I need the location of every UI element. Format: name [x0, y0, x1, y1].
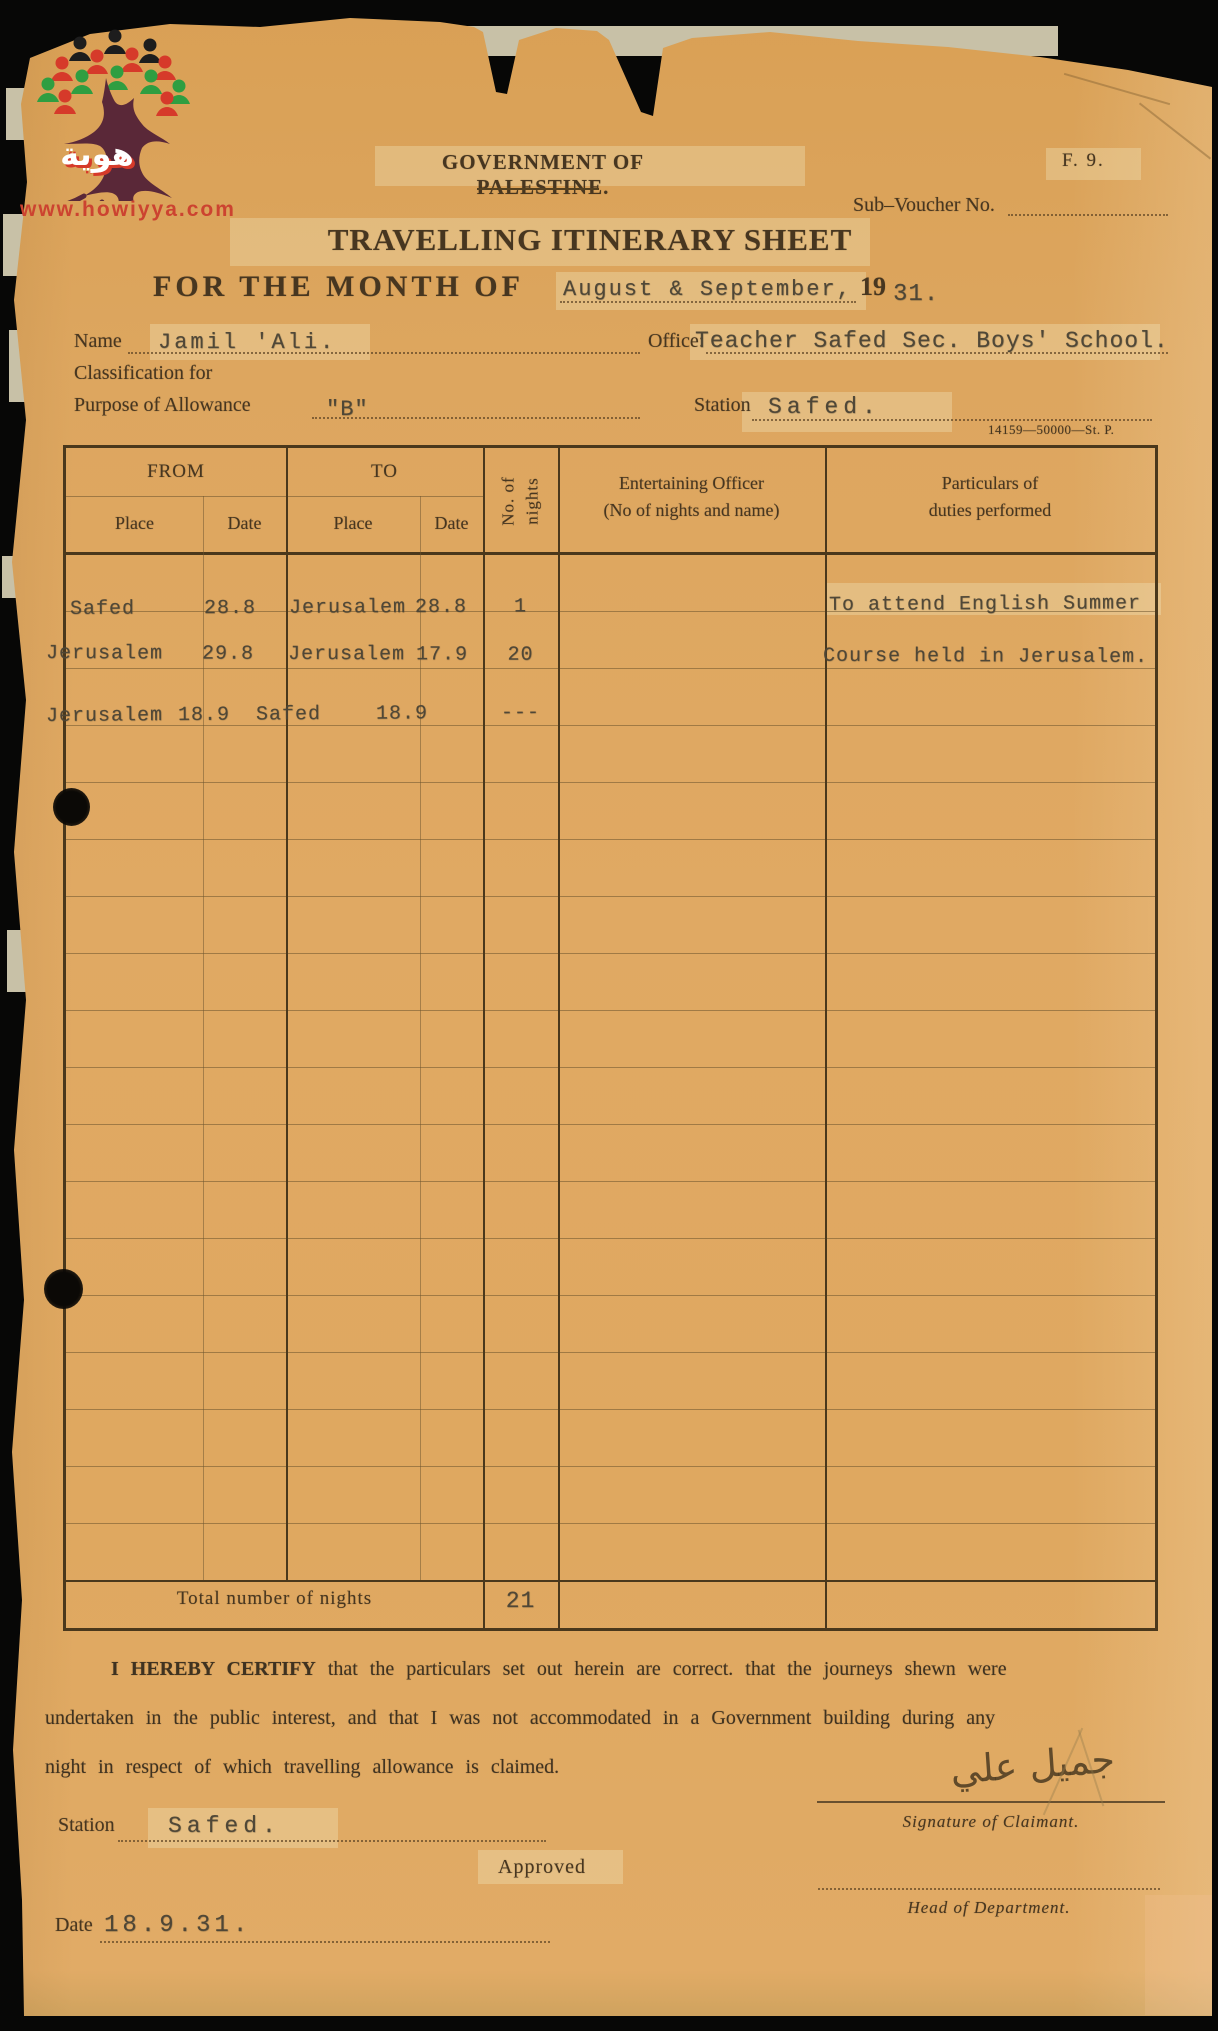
paper-sheet: GOVERNMENT OF PALESTINE. F. 9. Sub–Vouch…: [0, 0, 1218, 2031]
row-rule: [66, 1352, 1155, 1353]
name-label: Name: [74, 330, 122, 353]
cell-to-date: 28.8: [415, 596, 487, 619]
cell-from-date: 29.8: [202, 643, 284, 666]
footer-station-line: [118, 1840, 546, 1842]
howiyya-tree-logo: هوية هوية: [18, 16, 218, 201]
col-header-from-place: Place: [66, 510, 203, 537]
scanned-document: GOVERNMENT OF PALESTINE. F. 9. Sub–Vouch…: [0, 0, 1218, 2031]
classification-typed-value: "B": [326, 397, 369, 422]
form-number: F. 9.: [1062, 150, 1105, 172]
office-typed-value: Teacher Safed Sec. Boys' School.: [695, 328, 1169, 354]
corner-light-patch: [1145, 1895, 1215, 2015]
certification-line2: undertaken in the public interest, and t…: [45, 1694, 1180, 1743]
person-figure: [37, 78, 59, 103]
government-heading: GOVERNMENT OF PALESTINE.: [393, 150, 693, 200]
footer-station-label: Station: [58, 1814, 115, 1837]
col-header-particulars: Particulars of duties performed: [825, 470, 1155, 524]
cell-to-place: Safed: [256, 703, 356, 727]
cell-to-place: Jerusalem: [289, 596, 427, 620]
logo-arabic-text: هوية: [60, 135, 134, 173]
footer-date-typed: 18.9.31.: [104, 1912, 251, 1939]
row-rule: [66, 1295, 1155, 1296]
cell-from-place: Jerusalem: [46, 642, 224, 666]
name-typed-value: Jamil 'Ali.: [158, 330, 336, 355]
footer-date-line: [100, 1941, 550, 1943]
signature-line: [817, 1801, 1165, 1803]
year-printed: 19: [860, 272, 886, 302]
cell-nights: 1: [483, 595, 558, 618]
row-rule: [66, 1523, 1155, 1524]
watermark-url: www.howiyya.com: [20, 198, 236, 222]
column-divider: [558, 448, 560, 1628]
month-typed-value: August & September,: [563, 277, 852, 302]
total-value: 21: [483, 1588, 558, 1614]
person-figure: [139, 39, 161, 64]
year-typed: 31.: [893, 281, 939, 308]
cell-nights: 20: [483, 644, 558, 667]
sub-voucher-label: Sub–Voucher No.: [853, 194, 995, 217]
total-row-rule: [66, 1580, 1155, 1582]
row-rule: [66, 839, 1155, 840]
row-rule: [66, 1466, 1155, 1467]
row-rule: [66, 1067, 1155, 1068]
table-row: Jerusalem29.8Jerusalem17.920Course held …: [66, 642, 1166, 674]
punch-hole: [44, 1269, 83, 1309]
header-bottom-rule: [66, 552, 1155, 555]
cell-to-date: 18.9: [376, 702, 448, 726]
row-rule: [66, 953, 1155, 954]
station-label: Station: [694, 394, 751, 417]
month-label: FOR THE MONTH OF: [153, 270, 524, 304]
column-divider: [483, 448, 485, 1628]
cell-particulars: Course held in Jerusalem.: [823, 645, 1173, 669]
classification-label-line2: Purpose of Allowance: [74, 394, 251, 417]
table-row: Safed28.8Jerusalem28.81To attend English…: [66, 592, 1166, 626]
column-divider: [825, 448, 827, 1628]
footer-station-typed: Safed.: [168, 1813, 281, 1839]
cell-to-date: 17.9: [416, 643, 488, 666]
paper-crack: [1139, 103, 1211, 160]
nights-header-line2: nights: [522, 477, 541, 525]
row-rule: [66, 1181, 1155, 1182]
row-rule: [66, 782, 1155, 783]
total-label: Total number of nights: [66, 1588, 483, 1610]
col-header-to: TO: [286, 458, 483, 487]
punch-hole: [53, 788, 90, 826]
col-header-from-date: Date: [203, 510, 286, 537]
document-title: TRAVELLING ITINERARY SHEET: [240, 222, 940, 258]
cell-from-date: 18.9: [178, 704, 256, 728]
footer-date-label: Date: [55, 1914, 93, 1937]
cell-nights: ---: [483, 701, 558, 725]
print-code: 14159—50000—St. P.: [988, 422, 1114, 438]
itinerary-table: FROM TO Place Date Place Date No. of nig…: [63, 445, 1158, 1631]
row-rule: [66, 1409, 1155, 1410]
row-rule: [66, 1124, 1155, 1125]
col-header-from: FROM: [66, 458, 286, 487]
signature-caption: Signature of Claimant.: [817, 1812, 1165, 1832]
col-header-to-place: Place: [286, 510, 420, 537]
person-figure: [104, 30, 126, 55]
col-header-officer: Entertaining Officer (No of nights and n…: [558, 470, 825, 524]
cell-from-date: 28.8: [204, 597, 286, 620]
cell-from-place: Safed: [70, 597, 222, 621]
approved-label: Approved: [498, 1856, 586, 1879]
row-rule: [66, 1010, 1155, 1011]
col-header-to-date: Date: [420, 510, 483, 537]
head-caption: Head of Department.: [818, 1898, 1160, 1918]
classification-label-line1: Classification for: [74, 362, 212, 385]
station-typed-value: Safed.: [768, 394, 881, 420]
certification-line1: I HEREBY CERTIFY that the particulars se…: [45, 1645, 1180, 1694]
person-figure: [69, 37, 91, 62]
col-header-nights: No. of nights: [483, 448, 558, 554]
head-line: [818, 1888, 1160, 1890]
nights-header-line1: No. of: [498, 476, 517, 525]
row-rule: [66, 1238, 1155, 1239]
sub-voucher-line: [1008, 214, 1168, 216]
heading-rule: [477, 188, 599, 190]
cell-to-place: Jerusalem: [288, 643, 426, 666]
paper-crack: [1064, 73, 1170, 105]
row-rule: [66, 896, 1155, 897]
howiyya-watermark: هوية هوية www.howiyya.com: [18, 16, 218, 226]
cell-particulars: To attend English Summer: [829, 592, 1169, 617]
table-row: Jerusalem18.9Safed18.9---: [66, 697, 1166, 733]
